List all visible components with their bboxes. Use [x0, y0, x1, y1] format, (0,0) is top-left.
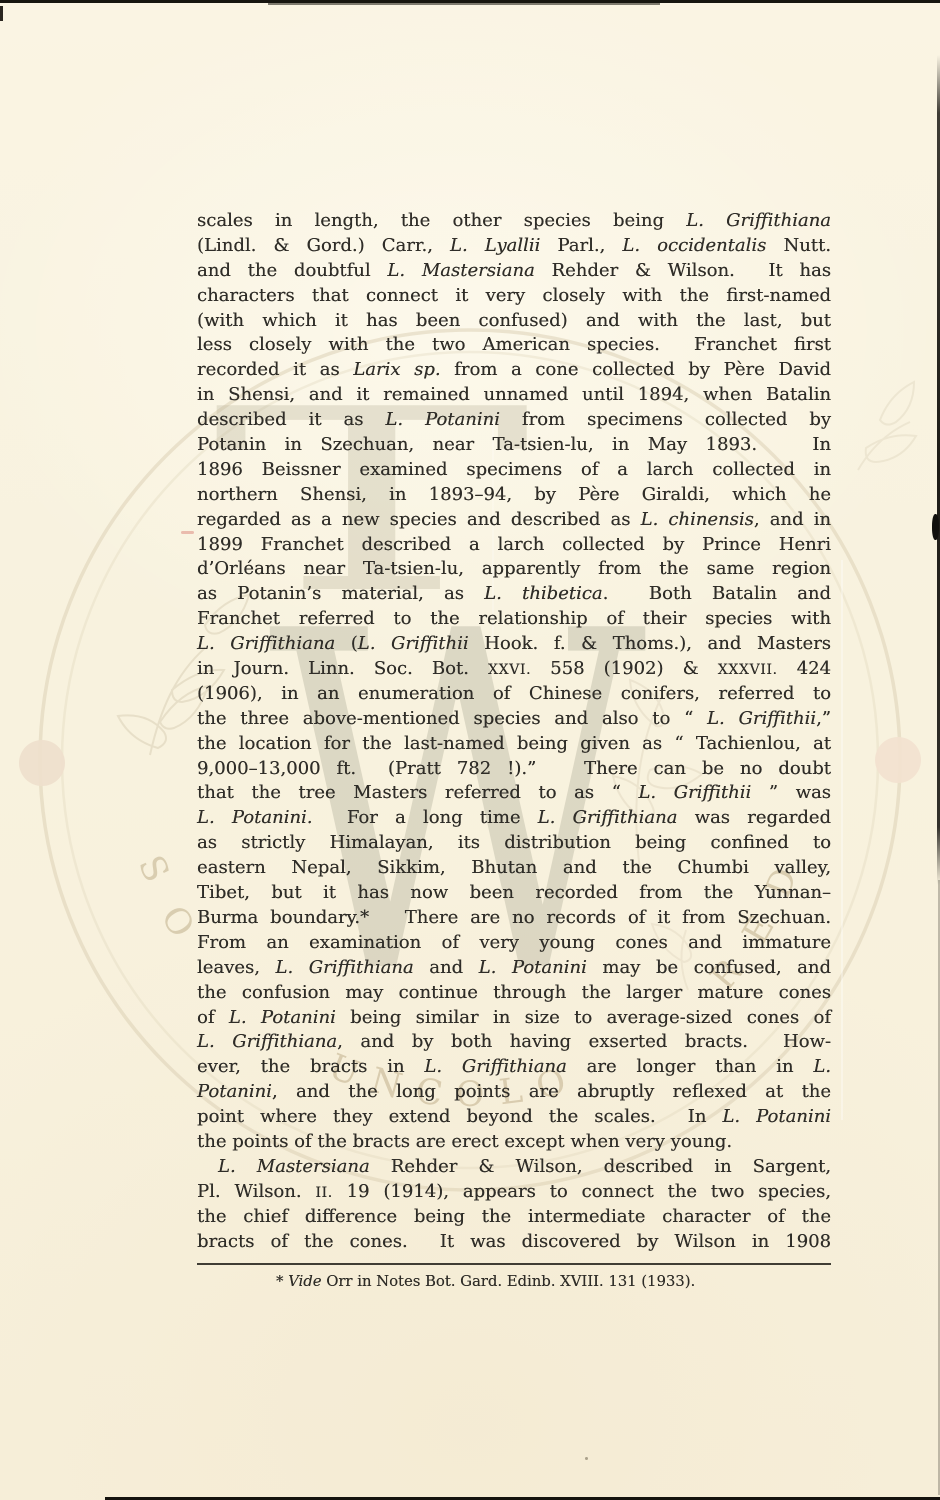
text-run: scales in length, the other species bein… — [197, 210, 686, 231]
text-line: Pl. Wilson. II. 19 (1914), appears to co… — [197, 1180, 831, 1205]
text-line: as Potanin’s material, as L. thibetica. … — [197, 582, 831, 607]
text-run: and — [414, 957, 479, 978]
text-run: L. Griffithii — [707, 708, 816, 729]
text-run: L. Griffithiana — [686, 210, 831, 231]
paper-speck — [585, 1457, 588, 1460]
text-run: in Journ. Linn. Soc. Bot. — [197, 658, 488, 679]
text-run: being similar in size to average-sized c… — [336, 1007, 831, 1028]
footnote-rule — [197, 1263, 831, 1265]
text-run: in Shensi, and it remained unnamed until… — [197, 384, 831, 405]
text-run: Orr in Notes Bot. Gard. Edinb. XVIII. 13… — [322, 1273, 696, 1290]
text-line: 1899 Franchet described a larch collecte… — [197, 533, 831, 558]
text-run: L. Potanini — [479, 957, 587, 978]
text-run: as Potanin’s material, as — [197, 583, 484, 604]
text-run: L. Potanini — [722, 1106, 831, 1127]
text-run: (1906), in an enumeration of Chinese con… — [197, 683, 831, 704]
text-run: may be confused, and — [587, 957, 831, 978]
text-run: For a long time — [312, 807, 537, 828]
text-run: II. — [315, 1185, 332, 1201]
text-line: ever, the bracts in L. Griffithiana are … — [197, 1055, 831, 1080]
text-run: and the doubtful — [197, 260, 387, 281]
text-run: , and in — [754, 509, 831, 530]
text-run: from a cone collected by Père David — [441, 359, 831, 380]
text-line: northern Shensi, in 1893–94, by Père Gir… — [197, 483, 831, 508]
text-line: bracts of the cones. It was discovered b… — [197, 1230, 831, 1255]
text-run: L. Griffithiana — [424, 1056, 566, 1077]
text-line: and the doubtful L. Mastersiana Rehder &… — [197, 259, 831, 284]
text-line: (Lindl. & Gord.) Carr., L. Lyallii Parl.… — [197, 234, 831, 259]
text-run: From an examination of very young cones … — [197, 932, 831, 953]
text-run: 558 (1902) & — [531, 658, 718, 679]
text-run: of — [197, 1007, 229, 1028]
text-run: 424 — [778, 658, 831, 679]
text-run: Potanin in Szechuan, near Ta-tsien-lu, i… — [197, 434, 831, 455]
text-run: Potanini — [197, 1081, 272, 1102]
leaf-flourish-icon — [858, 382, 916, 470]
text-run: characters that connect it very closely … — [197, 285, 831, 306]
text-run: L. occidentalis — [622, 235, 766, 256]
text-run: L. — [813, 1056, 831, 1077]
text-run: northern Shensi, in 1893–94, by Père Gir… — [197, 484, 831, 505]
text-run: Franchet referred to the relationship of… — [197, 608, 831, 629]
text-line: point where they extend beyond the scale… — [197, 1105, 831, 1130]
text-run: Burma boundary.* There are no records of… — [197, 907, 831, 928]
text-run: L. Griffithii — [638, 782, 751, 803]
text-line: L. Griffithiana (L. Griffithii Hook. f. … — [197, 632, 831, 657]
text-line: in Shensi, and it remained unnamed until… — [197, 383, 831, 408]
text-run: ever, the bracts in — [197, 1056, 424, 1077]
text-line: scales in length, the other species bein… — [197, 209, 831, 234]
text-run: leaves, — [197, 957, 276, 978]
text-run: Rehder & Wilson, described in Sargent, — [370, 1156, 831, 1177]
text-run: (with which it has been confused) and wi… — [197, 310, 831, 331]
text-run: (Lindl. & Gord.) Carr., — [197, 235, 450, 256]
text-run: L. Mastersiana — [387, 260, 534, 281]
text-run: L. thibetica — [484, 583, 602, 604]
text-run: the location for the last-named being gi… — [197, 733, 831, 754]
text-line: 9,000–13,000 ft. (Pratt 782 !).” There c… — [197, 757, 831, 782]
text-run: Vide — [288, 1273, 321, 1290]
text-line: d’Orléans near Ta-tsien-lu, apparently f… — [197, 557, 831, 582]
text-run: , and by both having exserted bracts. Ho… — [337, 1031, 831, 1052]
text-line: the points of the bracts are erect excep… — [197, 1130, 831, 1155]
text-run: the three above-mentioned species and al… — [197, 708, 707, 729]
text-line: Tibet, but it has now been recorded from… — [197, 881, 831, 906]
text-run: less closely with the two American speci… — [197, 334, 831, 355]
text-line: recorded it as Larix sp. from a cone col… — [197, 358, 831, 383]
text-run: regarded as a new species and described … — [197, 509, 641, 530]
stamp-left-dot — [19, 740, 65, 786]
text-run: Tibet, but it has now been recorded from… — [197, 882, 831, 903]
text-run: point where they extend beyond the scale… — [197, 1106, 722, 1127]
text-run: as strictly Himalayan, its distribution … — [197, 832, 831, 853]
text-run: L. Mastersiana — [218, 1156, 370, 1177]
text-run: that the tree Masters referred to as “ — [197, 782, 638, 803]
text-line: Potanini, and the long points are abrupt… — [197, 1080, 831, 1105]
text-line: the location for the last-named being gi… — [197, 732, 831, 757]
text-line: Burma boundary.* There are no records of… — [197, 906, 831, 931]
text-line: the chief difference being the intermedi… — [197, 1205, 831, 1230]
text-run: L. Potanini — [229, 1007, 336, 1028]
text-line: From an examination of very young cones … — [197, 931, 831, 956]
text-run: L. Griffithii — [358, 633, 469, 654]
text-run: Nutt. — [766, 235, 831, 256]
footnote: * Vide Orr in Notes Bot. Gard. Edinb. XV… — [276, 1272, 695, 1292]
text-run: L. Griffithiana — [197, 1031, 337, 1052]
text-run: ” was — [751, 782, 831, 803]
text-run: the points of the bracts are erect excep… — [197, 1131, 732, 1152]
text-run: XXVI. — [488, 662, 531, 678]
text-line: less closely with the two American speci… — [197, 333, 831, 358]
text-run: XXXVII. — [718, 662, 778, 678]
text-run: the chief difference being the intermedi… — [197, 1206, 831, 1227]
text-line: Franchet referred to the relationship of… — [197, 607, 831, 632]
paper-crease — [841, 560, 843, 1120]
text-run: from specimens collected by — [500, 409, 831, 430]
text-run: L. Lyallii — [450, 235, 540, 256]
text-run: 1899 Franchet described a larch collecte… — [197, 534, 831, 555]
text-run: Pl. Wilson. — [197, 1181, 315, 1202]
text-run: L. Griffithiana — [197, 633, 335, 654]
text-line: (with which it has been confused) and wi… — [197, 309, 831, 334]
text-line: characters that connect it very closely … — [197, 284, 831, 309]
scan-edge-blob — [932, 514, 939, 540]
text-line: as strictly Himalayan, its distribution … — [197, 831, 831, 856]
text-run: ( — [335, 633, 358, 654]
scan-edge-top-thick — [268, 3, 660, 5]
text-run: , and the long points are abruptly refle… — [272, 1081, 831, 1102]
text-line: regarded as a new species and described … — [197, 508, 831, 533]
stamp-right-dot — [875, 737, 921, 783]
text-line: that the tree Masters referred to as “ L… — [197, 781, 831, 806]
text-run: L. chinensis — [641, 509, 754, 530]
text-line: L. Griffithiana, and by both having exse… — [197, 1030, 831, 1055]
scan-mark — [181, 531, 194, 534]
text-run: bracts of the cones. It was discovered b… — [197, 1231, 831, 1252]
text-run: Parl., — [540, 235, 622, 256]
text-line: the confusion may continue through the l… — [197, 981, 831, 1006]
scan-corner-mark — [0, 6, 3, 21]
text-run: L. Griffithiana — [276, 957, 414, 978]
text-line: 1896 Beissner examined specimens of a la… — [197, 458, 831, 483]
text-run: 9,000–13,000 ft. (Pratt 782 !).” There c… — [197, 758, 831, 779]
text-line: the three above-mentioned species and al… — [197, 707, 831, 732]
text-run: . Both Batalin and — [603, 583, 831, 604]
text-run: L. Potanini — [385, 409, 500, 430]
text-run: Larix sp. — [353, 359, 440, 380]
text-line: leaves, L. Griffithiana and L. Potanini … — [197, 956, 831, 981]
text-run: 19 (1914), appears to connect the two sp… — [333, 1181, 831, 1202]
text-line: eastern Nepal, Sikkim, Bhutan and the Ch… — [197, 856, 831, 881]
text-line: in Journ. Linn. Soc. Bot. XXVI. 558 (190… — [197, 657, 831, 682]
book-page: TW SOUNCOLORED scales in length, the oth… — [0, 0, 940, 1500]
text-line: Potanin in Szechuan, near Ta-tsien-lu, i… — [197, 433, 831, 458]
text-line: described it as L. Potanini from specime… — [197, 408, 831, 433]
text-run: d’Orléans near Ta-tsien-lu, apparently f… — [197, 558, 831, 579]
text-run: recorded it as — [197, 359, 353, 380]
text-line: L. Potanini. For a long time L. Griffith… — [197, 806, 831, 831]
text-run: the confusion may continue through the l… — [197, 982, 831, 1003]
text-line: L. Mastersiana Rehder & Wilson, describe… — [197, 1155, 831, 1180]
text-line: of L. Potanini being similar in size to … — [197, 1006, 831, 1031]
page-text: scales in length, the other species bein… — [197, 209, 831, 1254]
text-run: 1896 Beissner examined specimens of a la… — [197, 459, 831, 480]
text-run: are longer than in — [567, 1056, 814, 1077]
text-run: described it as — [197, 409, 385, 430]
text-run: was regarded — [677, 807, 831, 828]
text-run: Hook. f. & Thoms.), and Masters — [469, 633, 831, 654]
text-run: Rehder & Wilson. It has — [535, 260, 831, 281]
text-run: eastern Nepal, Sikkim, Bhutan and the Ch… — [197, 857, 831, 878]
text-run: L. Potanini. — [197, 807, 312, 828]
text-run: L. Griffithiana — [538, 807, 678, 828]
text-run: * — [276, 1273, 288, 1290]
text-line: (1906), in an enumeration of Chinese con… — [197, 682, 831, 707]
text-run: ,” — [816, 708, 831, 729]
